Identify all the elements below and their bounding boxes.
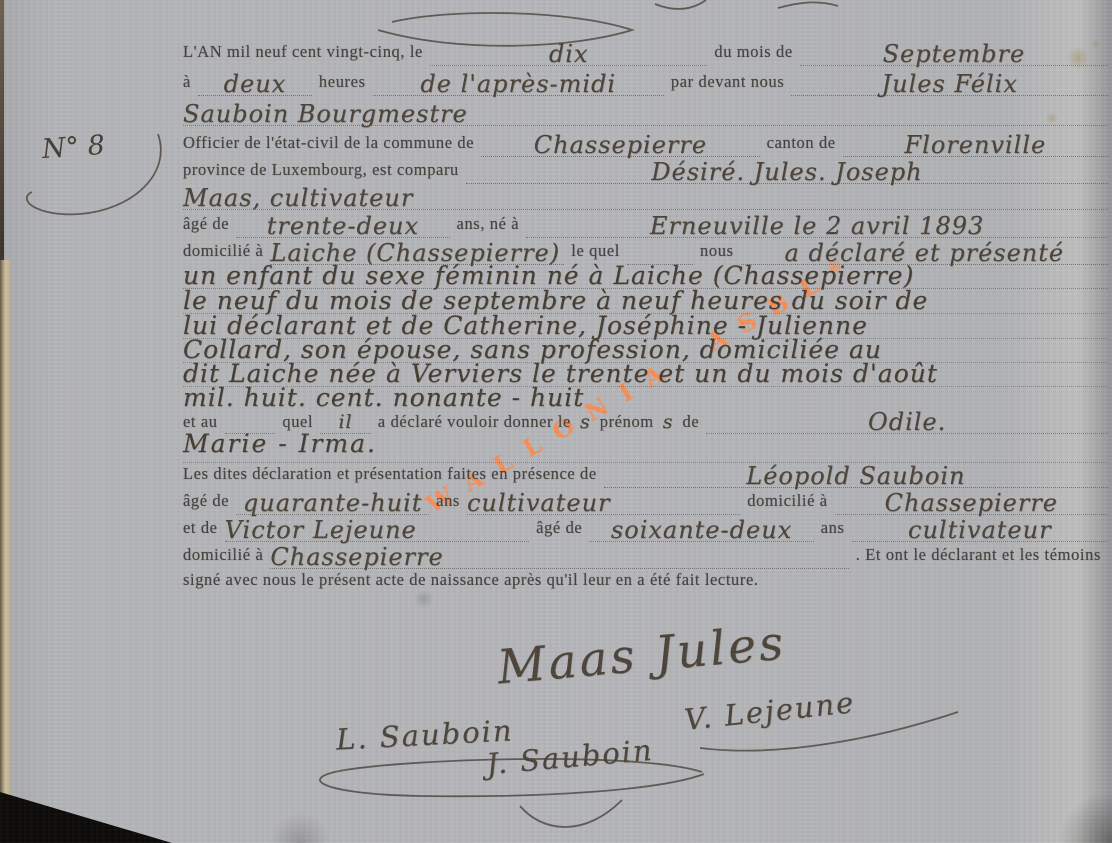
act-line: à deux heures de l'après-midi par devant… bbox=[183, 72, 1108, 96]
printed-text: Les dites déclaration et présentation fa… bbox=[183, 464, 597, 484]
dotted-field: Chassepierre bbox=[270, 545, 848, 569]
handwritten-entry: lui déclarant et de Catherine, Joséphine… bbox=[183, 315, 868, 337]
act-line: L'AN mil neuf cent vingt-cinq, le dix du… bbox=[183, 42, 1108, 66]
handwritten-entry: de l'après-midi bbox=[420, 70, 616, 98]
printed-text: a déclaré vouloir donner le bbox=[378, 412, 571, 432]
handwritten-entry: Léopold Sauboin bbox=[746, 462, 965, 490]
signature-declarant: Maas Jules bbox=[495, 615, 788, 695]
act-line: âgé de quarante-huit ans cultivateur dom… bbox=[183, 491, 1108, 515]
printed-text: L'AN mil neuf cent vingt-cinq, le bbox=[183, 42, 423, 62]
printed-text: domicilié à bbox=[183, 241, 263, 261]
handwritten-entry: Chassepierre bbox=[270, 543, 443, 571]
printed-text: âgé de bbox=[183, 214, 229, 234]
printed-text: Officier de l'état-civil de la commune d… bbox=[183, 133, 474, 153]
dotted-field: de l'après-midi bbox=[373, 72, 664, 96]
under-page-edge bbox=[0, 260, 11, 805]
dotted-field: cultivateur bbox=[467, 491, 740, 515]
dotted-field: soixante-deux bbox=[589, 518, 813, 542]
printed-text: signé avec nous le présent acte de naiss… bbox=[183, 570, 759, 590]
handwritten-entry: Désiré. Jules. Joseph bbox=[651, 158, 922, 186]
handwritten-entry: dit Laiche née à Verviers le trente et u… bbox=[183, 363, 938, 385]
handwritten-entry: cultivateur bbox=[467, 489, 611, 517]
printed-text: de bbox=[683, 412, 700, 432]
signature-witness-lejeune: V. Lejeune bbox=[683, 685, 857, 737]
printed-text: domicilié à bbox=[183, 545, 263, 565]
handwritten-entry: quarante-huit bbox=[243, 489, 423, 517]
dotted-field: Erneuville le 2 avril 1893 bbox=[526, 214, 1108, 238]
printed-text: âgé de bbox=[183, 491, 229, 511]
book-cover-corner bbox=[0, 792, 172, 843]
handwritten-entry: Florenville bbox=[905, 131, 1047, 159]
dotted-field: Maas, cultivateur bbox=[183, 186, 1108, 210]
dotted-field: Jules Félix bbox=[791, 72, 1108, 96]
act-line: signé avec nous le présent acte de naiss… bbox=[183, 570, 1108, 594]
printed-text: . Et ont le déclarant et les témoins bbox=[856, 545, 1101, 565]
act-line: Les dites déclaration et présentation fa… bbox=[183, 464, 1108, 488]
handwritten-entry: Jules Félix bbox=[882, 70, 1018, 98]
act-line: domicilié à Chassepierre . Et ont le déc… bbox=[183, 545, 1108, 569]
dotted-field: Chassepierre bbox=[835, 491, 1108, 515]
act-line: Maas, cultivateur bbox=[183, 186, 1108, 210]
dotted-field: trente-deux bbox=[236, 214, 449, 238]
act-line: Marie - Irma. bbox=[183, 432, 1108, 463]
handwritten-entry: Collard, son épouse, sans profession, do… bbox=[183, 339, 882, 361]
handwritten-entry: s bbox=[580, 411, 591, 433]
handwritten-entry: soixante-deux bbox=[611, 516, 792, 544]
printed-text: et de bbox=[183, 518, 218, 538]
printed-text: canton de bbox=[767, 133, 836, 153]
dotted-field: dix bbox=[430, 42, 707, 66]
printed-text: âgé de bbox=[536, 518, 582, 538]
dotted-field: quarante-huit bbox=[236, 491, 429, 515]
handwritten-entry: dix bbox=[549, 40, 589, 68]
handwritten-entry: trente-deux bbox=[267, 212, 419, 240]
dotted-field: Léopold Sauboin bbox=[604, 464, 1108, 488]
scanned-birth-record-page: WALLONIA ASBL® N° 8 L'AN mil neuf cent v… bbox=[0, 0, 1112, 843]
act-line: province de Luxembourg, est comparu Dési… bbox=[183, 160, 1108, 184]
handwritten-entry: un enfant du sexe féminin né à Laiche (C… bbox=[183, 265, 914, 287]
act-line: et de Victor Lejeune âgé de soixante-deu… bbox=[183, 518, 1108, 542]
dotted-field: Florenville bbox=[843, 133, 1108, 157]
printed-text: prénom bbox=[600, 412, 654, 432]
act-body: L'AN mil neuf cent vingt-cinq, le dix du… bbox=[183, 0, 1108, 620]
dotted-field: cultivateur bbox=[852, 518, 1108, 542]
act-line: Officier de l'état-civil de la commune d… bbox=[183, 133, 1108, 157]
handwritten-entry: Maas, cultivateur bbox=[183, 184, 413, 212]
handwritten-entry: deux bbox=[224, 70, 287, 98]
act-number: N° 8 bbox=[41, 130, 106, 165]
printed-text: du mois de bbox=[714, 42, 792, 62]
dotted-field: Sauboin Bourgmestre bbox=[183, 102, 1108, 126]
printed-text: à bbox=[183, 72, 191, 92]
act-line: âgé de trente-deux ans, né à Erneuville … bbox=[183, 214, 1108, 238]
dotted-field: Victor Lejeune bbox=[225, 518, 530, 542]
handwritten-entry: Septembre bbox=[883, 40, 1026, 68]
act-line: mil. huit. cent. nonante - huit bbox=[183, 386, 1108, 410]
handwritten-entry: Victor Lejeune bbox=[225, 516, 417, 544]
handwritten-entry: le neuf du mois de septembre à neuf heur… bbox=[183, 290, 928, 312]
printed-text: par devant nous bbox=[671, 72, 784, 92]
printed-text: province de Luxembourg, est comparu bbox=[183, 160, 459, 180]
dotted-field: Septembre bbox=[800, 42, 1108, 66]
handwritten-entry: Marie - Irma. bbox=[183, 433, 377, 455]
handwritten-entry: Chassepierre bbox=[885, 489, 1058, 517]
printed-text: ans bbox=[436, 491, 460, 511]
dotted-field: deux bbox=[198, 72, 312, 96]
printed-text: le quel bbox=[571, 241, 620, 261]
printed-text: domicilié à bbox=[747, 491, 827, 511]
handwritten-entry: Sauboin Bourgmestre bbox=[183, 100, 468, 128]
handwritten-entry: s bbox=[663, 411, 674, 433]
printed-text: heures bbox=[319, 72, 366, 92]
printed-text: ans, né à bbox=[457, 214, 520, 234]
handwritten-entry: Chassepierre bbox=[534, 131, 707, 159]
act-line: Sauboin Bourgmestre bbox=[183, 102, 1108, 126]
handwritten-entry: cultivateur bbox=[908, 516, 1052, 544]
printed-text: ans bbox=[821, 518, 845, 538]
dotted-field: Désiré. Jules. Joseph bbox=[466, 160, 1108, 184]
dotted-field: Odile. bbox=[706, 410, 1108, 434]
handwritten-entry: Erneuville le 2 avril 1893 bbox=[650, 212, 984, 240]
dotted-field: Chassepierre bbox=[481, 133, 760, 157]
handwritten-entry: mil. huit. cent. nonante - huit bbox=[183, 387, 584, 409]
printed-text: nous bbox=[700, 241, 734, 261]
